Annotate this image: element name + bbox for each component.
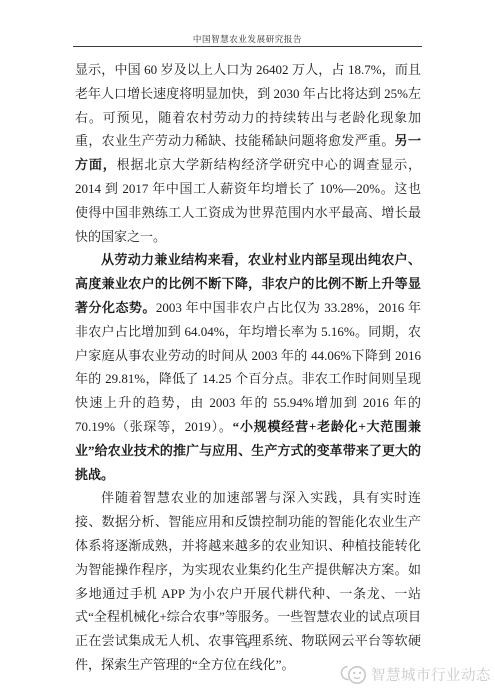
report-page: 中国智慧农业发展研究报告 显示，中国 60 岁及以上人口为 26402 万人，占…	[0, 0, 495, 700]
text-run: 2003 年中国非农户占比仅为 33.28%，2016 年非农户占比增加到 64…	[75, 300, 421, 434]
body-text: 显示，中国 60 岁及以上人口为 26402 万人，占 18.7%，而且老年人口…	[75, 58, 421, 677]
page-header-title: 中国智慧农业发展研究报告	[0, 33, 495, 45]
watermark: 智慧城市行业动态	[340, 662, 491, 686]
paragraph: 显示，中国 60 岁及以上人口为 26402 万人，占 18.7%，而且老年人口…	[75, 58, 421, 248]
text-run: 显示，中国 60 岁及以上人口为 26402 万人，占 18.7%，而且老年人口…	[75, 62, 421, 148]
watermark-logo-icon	[340, 662, 367, 686]
paragraph: 从劳动力兼业结构来看，农业村业内部呈现出纯农户、高度兼业农户的比例不断下降，非农…	[75, 248, 421, 486]
text-run: 根据北京大学新结构经济学研究中心的调查显示，2014 到 2017 年中国工人薪…	[75, 157, 421, 243]
header-rule	[73, 46, 422, 47]
page-number: 8	[0, 641, 495, 651]
watermark-text: 智慧城市行业动态	[371, 664, 491, 685]
